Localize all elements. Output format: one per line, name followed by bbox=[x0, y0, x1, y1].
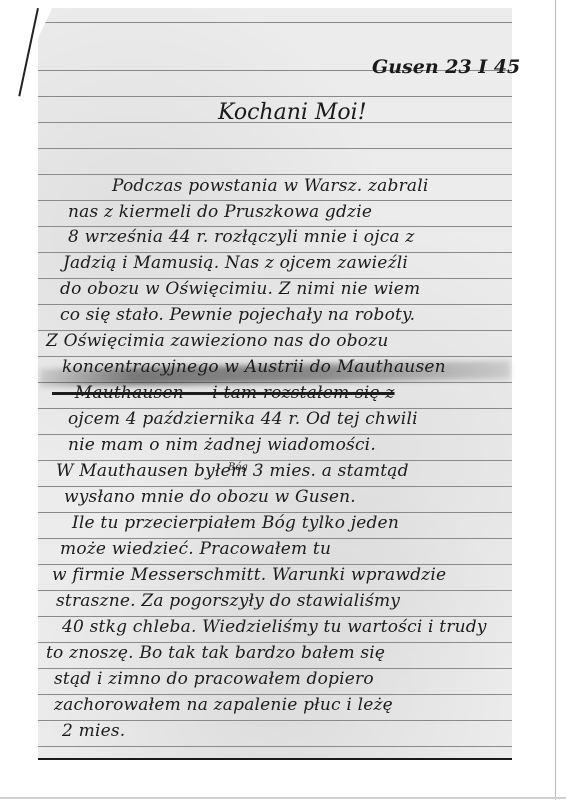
letter-line-21: zachorowałem na zapalenie płuc i leżę bbox=[54, 694, 393, 716]
letter-line-1: Podczas powstania w Warsz. zabrali bbox=[112, 175, 429, 197]
letter-line-2: nas z kiermeli do Pruszkowa gdzie bbox=[68, 201, 372, 223]
letter-line-17: straszne. Za pogorszyły do stawialiśmy bbox=[56, 590, 400, 612]
letter-line-15: może wiedzieć. Pracowałem tu bbox=[60, 538, 331, 560]
scan-edge-line bbox=[555, 0, 556, 800]
letter-date: Gusen 23 I 45 bbox=[372, 56, 520, 78]
letter-salutation: Kochani Moi! bbox=[218, 100, 367, 125]
letter-line-19: to znoszę. Bo tak tak bardzo bałem się bbox=[46, 642, 385, 664]
letter-line-13: wysłano mnie do obozu w Gusen. bbox=[64, 486, 356, 508]
letter-line-18: 40 stkg chleba. Wiedzieliśmy tu wartości… bbox=[62, 616, 487, 638]
letter-line-16: w firmie Messerschmitt. Warunki wprawdzi… bbox=[52, 564, 446, 586]
letter-line-11: nie mam o nim żadnej wiadomości. bbox=[68, 434, 376, 456]
letter-line-14: Ile tu przecierpiałem Bóg tylko jeden bbox=[72, 512, 399, 534]
paper-fold-mark bbox=[18, 8, 39, 96]
letter-line-4: Jadzią i Mamusią. Nas z ojcem zawieźli bbox=[63, 252, 408, 274]
letter-line-3: 8 września 44 r. rozłączyli mnie i ojca … bbox=[68, 226, 415, 248]
letter-line-5: do obozu w Oświęcimiu. Z nimi nie wiem bbox=[60, 278, 420, 300]
letter-line-7: Z Oświęcimia zawieziono nas do obozu bbox=[46, 330, 389, 352]
scan-bottom-edge bbox=[0, 797, 566, 799]
letter-line-20: stąd i zimno do pracowałem dopiero bbox=[54, 668, 374, 690]
letter-line-8: koncentracyjnego w Austrii do Mauthausen bbox=[62, 356, 446, 378]
inserted-word: Bóg bbox=[228, 462, 248, 473]
letter-line-22: 2 mies. bbox=[62, 720, 125, 742]
letter-line-6: co się stało. Pewnie pojechały na roboty… bbox=[60, 304, 415, 326]
letter-line-10: ojcem 4 października 44 r. Od tej chwili bbox=[68, 408, 418, 430]
letter-line-9-struck: — Mauthausen — i tam rozstałem się z bbox=[52, 382, 395, 404]
